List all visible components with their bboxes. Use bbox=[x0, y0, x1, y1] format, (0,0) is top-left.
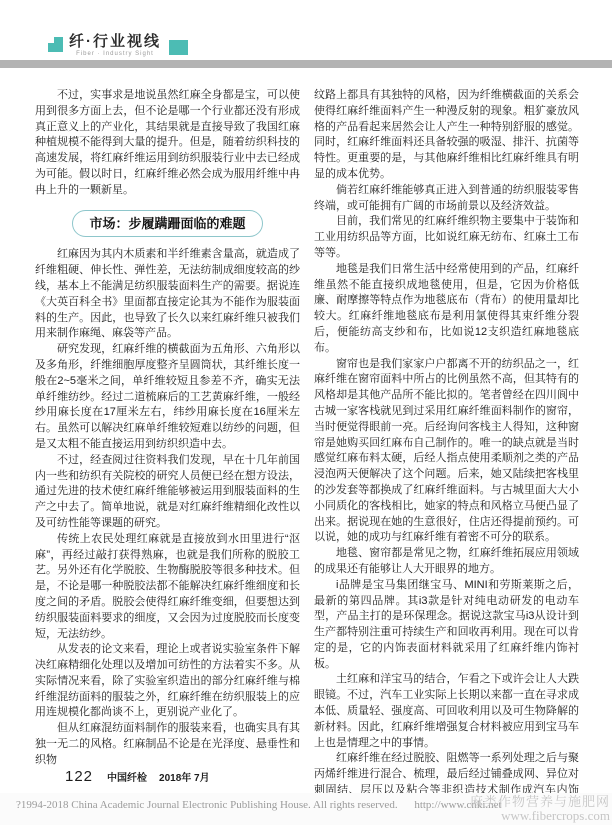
left-column: 不过，实事求是地说虽然红麻全身都是宝，可以使用到很多方面上去，但不论是哪一个行业… bbox=[35, 88, 300, 769]
paragraph: 不过，实事求是地说虽然红麻全身都是宝，可以使用到很多方面上去，但不论是哪一个行业… bbox=[35, 88, 300, 199]
paragraph: 研究发现，红麻纤维的横截面为五角形、六角形以及多角形，纤维细胞厚度整齐呈圆筒状，… bbox=[35, 342, 300, 453]
issue-date: 2018年 7月 bbox=[159, 769, 210, 784]
copyright-statement: ?1994-2018 China Academic Journal Electr… bbox=[16, 799, 398, 811]
paragraph: i品牌是宝马集团继宝马、MINI和劳斯莱斯之后，最新的第四品牌。其i3款是针对纯… bbox=[314, 578, 579, 673]
paragraph: 地毯、窗帘都是常见之物，红麻纤维拓展应用领域的成果还有能够让人大开眼界的地方。 bbox=[314, 546, 579, 578]
paragraph: 传统上农民处理红麻就是直接放到水田里进行“沤麻”，再经过敲打获得熟麻，也就是我们… bbox=[35, 532, 300, 643]
journal-name: 中国纤检 bbox=[107, 769, 147, 784]
paragraph: 窗帘也是我们家家户户都离不开的纺织品之一，红麻纤维在窗帘面料中所占的比例虽然不高… bbox=[314, 357, 579, 547]
page-number: 122 bbox=[65, 768, 93, 785]
document-page: 纤·行业视线 Fiber · Industry Sight 不过，实事求是地说虽… bbox=[0, 0, 612, 825]
page-header: 纤·行业视线 Fiber · Industry Sight bbox=[48, 34, 188, 57]
section-heading-box: 市场：步履蹒跚面临的难题 bbox=[72, 210, 262, 238]
copyright-text: ?1994-2018 China Academic Journal Electr… bbox=[16, 799, 502, 811]
header-divider-bar bbox=[0, 60, 612, 68]
brand-block: 纤·行业视线 Fiber · Industry Sight bbox=[69, 34, 161, 57]
paragraph: 红麻因为其内木质素和半纤维素含量高，就造成了纤维粗硬、伸长性、弹性差，无法纺制成… bbox=[35, 247, 300, 342]
watermark-bar: ?1994-2018 China Academic Journal Electr… bbox=[0, 793, 612, 825]
section-heading-wrap: 市场：步履蹒跚面临的难题 bbox=[35, 210, 300, 238]
paragraph: 地毯是我们日常生活中经常使用到的产品，红麻纤维虽然不能直接织成地毯使用，但是，它… bbox=[314, 262, 579, 357]
paragraph: 倘若红麻纤维能够真正进入到普通的纺织服装零售终端，或可能拥有广阔的市场前景以及经… bbox=[314, 183, 579, 215]
teal-notched-square-icon bbox=[48, 37, 63, 52]
watermark-overlay-url: www.fibercrops.com bbox=[470, 809, 610, 823]
paragraph: 纹路上都具有其独特的风格，因为纤维横截面的关系会使得红麻纤维面料产生一种漫反射的… bbox=[314, 88, 579, 183]
paragraph: 目前，我们常见的红麻纤维织物主要集中于装饰和工业用纺织品等方面，比如说红麻无纺布… bbox=[314, 214, 579, 261]
brand-subtitle: Fiber · Industry Sight bbox=[69, 51, 161, 57]
watermark-overlay-title: 麻类作物营养与施肥网 bbox=[470, 795, 610, 809]
paragraph: 土红麻和洋宝马的结合，乍看之下或许会让人大跌眼镜。不过，汽车工业实际上长期以来都… bbox=[314, 672, 579, 751]
paragraph: 但从红麻混纺面料制作的服装来看，也确实具有其独一无二的风格。红麻制品不论是在光泽… bbox=[35, 721, 300, 768]
brand-title: 纤·行业视线 bbox=[69, 34, 161, 50]
teal-square-icon bbox=[169, 40, 188, 55]
paragraph: 不过，经查阅过往资料我们发现，早在十几年前国内一些和纺织有关院校的研究人员便已经… bbox=[35, 453, 300, 532]
watermark-overlay: 麻类作物营养与施肥网 www.fibercrops.com bbox=[470, 795, 610, 823]
right-column: 纹路上都具有其独特的风格，因为纤维横截面的关系会使得红麻纤维面料产生一种漫反射的… bbox=[314, 88, 579, 815]
paragraph: 从发表的论文来看，理论上或者说实验室条件下解决红麻精细化处理以及增加可纺性的方法… bbox=[35, 642, 300, 721]
page-footer: 122 中国纤检 2018年 7月 bbox=[65, 768, 210, 785]
